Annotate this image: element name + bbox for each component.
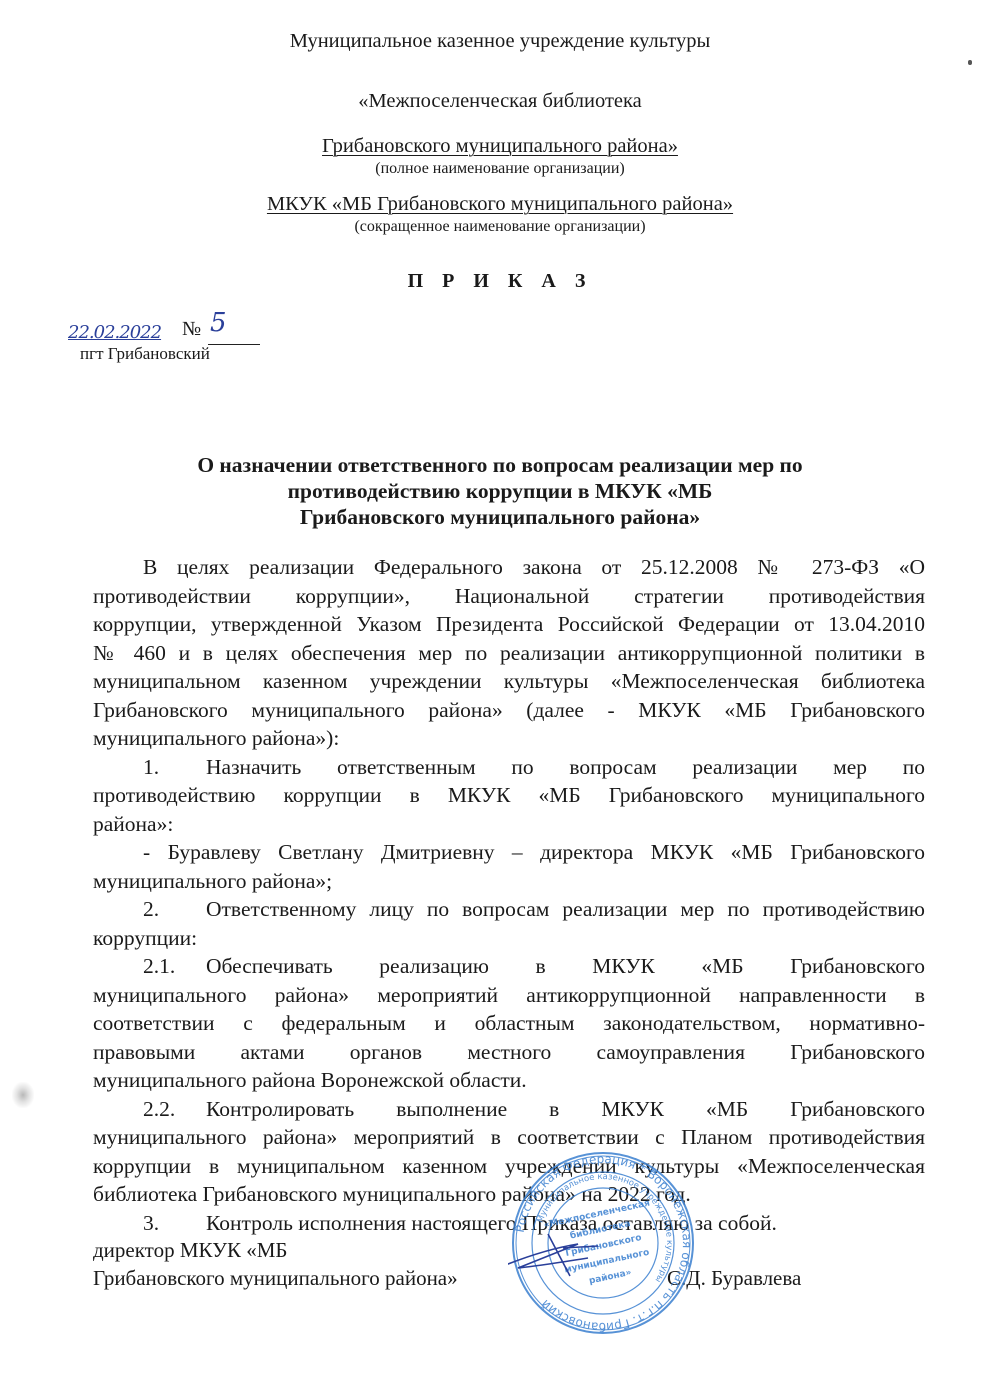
preamble-line: муниципальном казенном учреждении культу… xyxy=(93,667,925,696)
item-2-1-line: соответствии с федеральным и областным з… xyxy=(93,1009,925,1038)
place: пгт Грибановский xyxy=(80,344,210,364)
item-2-line: 2.Ответственному лицу по вопросам реализ… xyxy=(93,895,925,924)
preamble-line: № 460 и в целях обеспечения мер по реали… xyxy=(93,639,925,668)
stamp-center-line: района» xyxy=(588,1268,632,1287)
org-short-caption: (сокращенное наименование организации) xyxy=(0,218,1000,236)
handwritten-number: 5 xyxy=(210,308,227,338)
preamble-line: Грибановского муниципального района» (да… xyxy=(93,696,925,725)
org-short-name: МКУК «МБ Грибановского муниципального ра… xyxy=(267,193,733,215)
doc-type-heading: П Р И К А З xyxy=(0,270,1000,293)
item-1-line: района»: xyxy=(93,810,925,839)
item-2-1-line: муниципального района Воронежской област… xyxy=(93,1066,925,1095)
signatory-position-line2: Грибановского муниципального района» xyxy=(93,1264,458,1292)
preamble-line: противодействии коррупции», Национальной… xyxy=(93,582,925,611)
preamble-line: В целях реализации Федерального закона о… xyxy=(93,553,925,582)
org-name-line2: «Межпоселенческая библиотека xyxy=(0,90,1000,113)
official-stamp-icon: Российская Федерация * Воронежская облас… xyxy=(508,1148,698,1338)
org-full-caption: (полное наименование организации) xyxy=(0,160,1000,178)
item-2-1-number: 2.1. xyxy=(143,952,206,981)
item-3-number: 3. xyxy=(143,1209,206,1238)
item-1-line: противодействию коррупции в МКУК «МБ Гри… xyxy=(93,781,925,810)
item-1-person-line: - Буравлеву Светлану Дмитриевну – директ… xyxy=(93,838,925,867)
org-name-line3: Грибановского муниципального района» xyxy=(322,135,678,157)
item-2-2-number: 2.2. xyxy=(143,1095,206,1124)
item-1-text: Назначить ответственным по вопросам реал… xyxy=(206,755,925,779)
item-2-text: Ответственному лицу по вопросам реализац… xyxy=(206,897,925,921)
item-2-number: 2. xyxy=(143,895,206,924)
item-1-number: 1. xyxy=(143,753,206,782)
number-underline xyxy=(208,344,260,345)
number-label: № xyxy=(182,318,201,341)
item-2-1-text: Обеспечивать реализацию в МКУК «МБ Гриба… xyxy=(206,954,925,978)
org-name-line1: Муниципальное казенное учреждение культу… xyxy=(0,30,1000,53)
item-1-line: 1.Назначить ответственным по вопросам ре… xyxy=(93,753,925,782)
item-2-2-text: Контролировать выполнение в МКУК «МБ Гри… xyxy=(206,1097,925,1121)
preamble-line: коррупции, утвержденной Указом Президент… xyxy=(93,610,925,639)
org-short-wrap: МКУК «МБ Грибановского муниципального ра… xyxy=(0,193,1000,216)
org-name-line3-wrap: Грибановского муниципального района» xyxy=(0,135,1000,158)
document-body: В целях реализации Федерального закона о… xyxy=(93,553,925,1237)
preamble-line: муниципального района»): xyxy=(93,724,925,753)
scan-speck xyxy=(968,60,972,65)
signatory-position-line1: директор МКУК «МБ xyxy=(93,1236,287,1264)
title-line1: О назначении ответственного по вопросам … xyxy=(0,452,1000,478)
item-2-1-line: правовыми актами органов местного самоуп… xyxy=(93,1038,925,1067)
item-2-2-line: 2.2.Контролировать выполнение в МКУК «МБ… xyxy=(93,1095,925,1124)
item-1-person-line: муниципального района»; xyxy=(93,867,925,896)
item-2-1-line: 2.1.Обеспечивать реализацию в МКУК «МБ Г… xyxy=(93,952,925,981)
title-line3: Грибановского муниципального района» xyxy=(0,504,1000,530)
title-line2: противодействию коррупции в МКУК «МБ xyxy=(0,478,1000,504)
scan-smudge xyxy=(12,1082,34,1108)
item-2-1-line: муниципального района» мероприятий антик… xyxy=(93,981,925,1010)
handwritten-date: 22.02.2022 xyxy=(68,322,161,343)
item-2-line: коррупции: xyxy=(93,924,925,953)
